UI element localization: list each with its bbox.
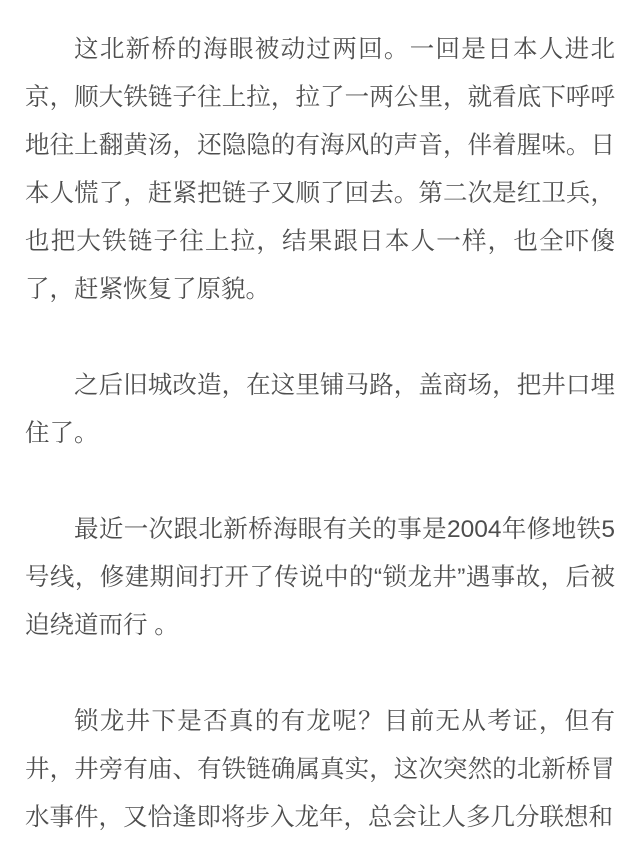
paragraph: 最近一次跟北新桥海眼有关的事是2004年修地铁5号线，修建期间打开了传说中的“锁… <box>25 506 615 650</box>
article-body: 这北新桥的海眼被动过两回。一回是日本人进北京，顺大铁链子往上拉，拉了一两公里，就… <box>0 0 640 842</box>
paragraph: 这北新桥的海眼被动过两回。一回是日本人进北京，顺大铁链子往上拉，拉了一两公里，就… <box>25 26 615 314</box>
paragraph: 之后旧城改造，在这里铺马路，盖商场，把井口埋住了。 <box>25 362 615 458</box>
article-page: 这北新桥的海眼被动过两回。一回是日本人进北京，顺大铁链子往上拉，拉了一两公里，就… <box>0 0 640 845</box>
paragraph: 锁龙井下是否真的有龙呢？目前无从考证，但有井，井旁有庙、有铁链确属真实，这次突然… <box>25 698 615 842</box>
